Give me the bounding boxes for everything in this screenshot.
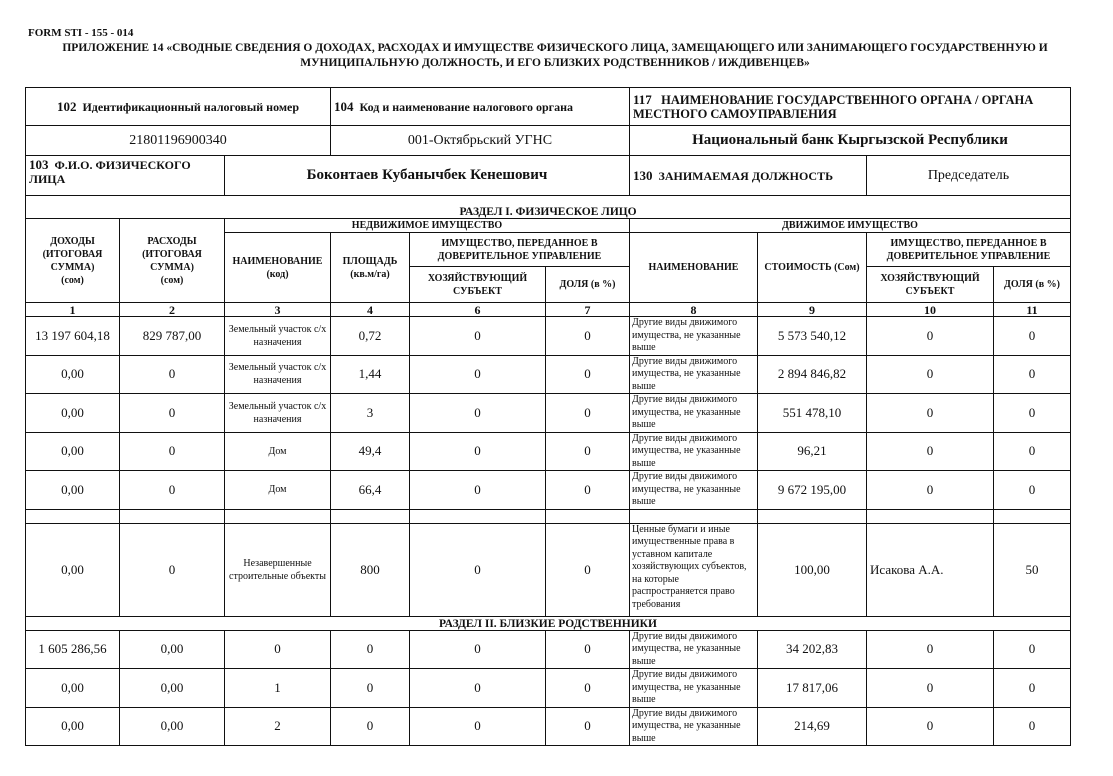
cell-income: 0,00 (26, 432, 120, 471)
cell-mv-name: Другие виды движимого имущества, не указ… (630, 394, 758, 433)
cell-re-name: Земельный участок с/х назначения (225, 394, 331, 433)
col-re-area-header: ПЛОЩАДЬ(кв.м/га) (331, 233, 410, 303)
cell-re-entity: 0 (410, 669, 546, 708)
cell-re-entity: 0 (410, 355, 546, 394)
cell-re-entity (410, 509, 546, 523)
cell-re-name: 1 (225, 669, 331, 708)
table-row: 0,000,001000Другие виды движимого имущес… (26, 669, 1071, 708)
cell-mv-name: Другие виды движимого имущества, не указ… (630, 471, 758, 510)
column-number-row: 123467891011 (26, 303, 1071, 317)
cell-mv-name: Ценные бумаги и иные имущественные права… (630, 523, 758, 616)
cell-re-name: 0 (225, 630, 331, 669)
cell-mv-cost: 34 202,83 (758, 630, 867, 669)
real-estate-group-header: НЕДВИЖИМОЕ ИМУЩЕСТВО (225, 219, 630, 233)
cell-mv-entity: 0 (867, 630, 994, 669)
field-102-value: 21801196900340 (26, 126, 331, 156)
field-130-label: 130 ЗАНИМАЕМАЯ ДОЛЖНОСТЬ (630, 156, 867, 196)
section-2-header-row: РАЗДЕЛ II. БЛИЗКИЕ РОДСТВЕННИКИ (26, 616, 1071, 630)
column-group-row: ДОХОДЫ (ИТОГОВАЯ СУММА)(сом) РАСХОДЫ (ИТ… (26, 219, 1071, 233)
cell-mv-entity: 0 (867, 432, 994, 471)
cell-mv-name: Другие виды движимого имущества, не указ… (630, 317, 758, 356)
cell-expenses: 0,00 (120, 707, 225, 746)
cell-mv-entity: 0 (867, 471, 994, 510)
cell-income: 0,00 (26, 471, 120, 510)
cell-mv-share: 50 (994, 523, 1071, 616)
declaration-table: 102 Идентификационный налоговый номер 10… (25, 87, 1071, 746)
document-title: ПРИЛОЖЕНИЕ 14 «СВОДНЫЕ СВЕДЕНИЯ О ДОХОДА… (30, 41, 1080, 71)
cell-expenses: 0,00 (120, 669, 225, 708)
title-line-1: ПРИЛОЖЕНИЕ 14 «СВОДНЫЕ СВЕДЕНИЯ О ДОХОДА… (30, 41, 1080, 56)
cell-area: 1,44 (331, 355, 410, 394)
section-1-header-row: РАЗДЕЛ I. ФИЗИЧЕСКОЕ ЛИЦО (26, 196, 1071, 219)
cell-mv-entity: 0 (867, 707, 994, 746)
cell-re-name: Дом (225, 432, 331, 471)
cell-income: 0,00 (26, 394, 120, 433)
cell-mv-entity: 0 (867, 394, 994, 433)
cell-mv-cost: 2 894 846,82 (758, 355, 867, 394)
cell-income: 0,00 (26, 523, 120, 616)
cell-expenses: 0 (120, 471, 225, 510)
cell-expenses: 0 (120, 432, 225, 471)
cell-area (331, 509, 410, 523)
table-row (26, 509, 1071, 523)
cell-mv-share: 0 (994, 355, 1071, 394)
cell-mv-share: 0 (994, 471, 1071, 510)
section-2-rows: 1 605 286,560,000000Другие виды движимог… (26, 630, 1071, 746)
cell-income (26, 509, 120, 523)
col-income-header: ДОХОДЫ (ИТОГОВАЯ СУММА)(сом) (26, 219, 120, 303)
col-expenses-header: РАСХОДЫ (ИТОГОВАЯ СУММА)(сом) (120, 219, 225, 303)
cell-re-entity: 0 (410, 707, 546, 746)
field-102-label: 102 Идентификационный налоговый номер (26, 88, 331, 126)
cell-re-name: 2 (225, 707, 331, 746)
cell-re-name: Земельный участок с/х назначения (225, 317, 331, 356)
table-row: 0,000,002000Другие виды движимого имущес… (26, 707, 1071, 746)
table-row: 0,000Земельный участок с/х назначения1,4… (26, 355, 1071, 394)
cell-income: 0,00 (26, 707, 120, 746)
cell-expenses: 0 (120, 523, 225, 616)
cell-re-share: 0 (546, 523, 630, 616)
column-number: 1 (26, 303, 120, 317)
cell-mv-name: Другие виды движимого имущества, не указ… (630, 432, 758, 471)
col-mv-cost-header: СТОИМОСТЬ (Сом) (758, 233, 867, 303)
cell-income: 1 605 286,56 (26, 630, 120, 669)
cell-expenses (120, 509, 225, 523)
table-row: 13 197 604,18829 787,00Земельный участок… (26, 317, 1071, 356)
cell-mv-name: Другие виды движимого имущества, не указ… (630, 669, 758, 708)
field-103-label: 103 Ф.И.О. ФИЗИЧЕСКОГО ЛИЦА (26, 156, 225, 196)
cell-area: 0 (331, 707, 410, 746)
cell-expenses: 0 (120, 394, 225, 433)
cell-expenses: 0 (120, 355, 225, 394)
col-mv-entity-header: ХОЗЯЙСТВУЮЩИЙ СУБЪЕКТ (867, 267, 994, 303)
table-row: 0,000Дом66,400Другие виды движимого имущ… (26, 471, 1071, 510)
section-1-rows: 13 197 604,18829 787,00Земельный участок… (26, 317, 1071, 617)
cell-re-entity: 0 (410, 394, 546, 433)
cell-expenses: 829 787,00 (120, 317, 225, 356)
cell-area: 3 (331, 394, 410, 433)
cell-mv-name (630, 509, 758, 523)
cell-mv-share: 0 (994, 317, 1071, 356)
title-line-2: МУНИЦИПАЛЬНУЮ ДОЛЖНОСТЬ, И ЕГО БЛИЗКИХ Р… (30, 56, 1080, 71)
cell-re-share: 0 (546, 355, 630, 394)
column-number: 4 (331, 303, 410, 317)
cell-mv-cost: 551 478,10 (758, 394, 867, 433)
movable-group-header: ДВИЖИМОЕ ИМУЩЕСТВО (630, 219, 1071, 233)
col-mv-share-header: ДОЛЯ (в %) (994, 267, 1071, 303)
cell-re-share: 0 (546, 669, 630, 708)
cell-area: 800 (331, 523, 410, 616)
cell-area: 0,72 (331, 317, 410, 356)
column-number: 9 (758, 303, 867, 317)
column-number: 7 (546, 303, 630, 317)
section-1-title: РАЗДЕЛ I. ФИЗИЧЕСКОЕ ЛИЦО (26, 196, 1071, 219)
cell-re-share: 0 (546, 630, 630, 669)
field-117-value: Национальный банк Кыргызской Республики (630, 126, 1071, 156)
cell-re-name: Дом (225, 471, 331, 510)
cell-mv-share: 0 (994, 432, 1071, 471)
cell-mv-share (994, 509, 1071, 523)
field-117-label: 117 НАИМЕНОВАНИЕ ГОСУДАРСТВЕННОГО ОРГАНА… (630, 88, 1071, 126)
col-re-entity-header: ХОЗЯЙСТВУЮЩИЙ СУБЪЕКТ (410, 267, 546, 303)
cell-mv-name: Другие виды движимого имущества, не указ… (630, 630, 758, 669)
cell-re-share: 0 (546, 432, 630, 471)
cell-mv-name: Другие виды движимого имущества, не указ… (630, 707, 758, 746)
cell-income: 13 197 604,18 (26, 317, 120, 356)
column-number: 11 (994, 303, 1071, 317)
cell-mv-cost: 214,69 (758, 707, 867, 746)
column-number: 6 (410, 303, 546, 317)
cell-mv-share: 0 (994, 630, 1071, 669)
cell-re-entity: 0 (410, 630, 546, 669)
cell-area: 66,4 (331, 471, 410, 510)
cell-re-share: 0 (546, 707, 630, 746)
cell-re-share: 0 (546, 317, 630, 356)
cell-mv-share: 0 (994, 394, 1071, 433)
cell-mv-cost: 9 672 195,00 (758, 471, 867, 510)
cell-re-share: 0 (546, 394, 630, 433)
header-row-person: 103 Ф.И.О. ФИЗИЧЕСКОГО ЛИЦА Боконтаев Ку… (26, 156, 1071, 196)
col-mv-name-header: НАИМЕНОВАНИЕ (630, 233, 758, 303)
cell-re-name: Земельный участок с/х назначения (225, 355, 331, 394)
cell-re-entity: 0 (410, 432, 546, 471)
mv-trust-group-header: ИМУЩЕСТВО, ПЕРЕДАННОЕ В ДОВЕРИТЕЛЬНОЕ УП… (867, 233, 1071, 267)
cell-mv-cost: 96,21 (758, 432, 867, 471)
cell-mv-share: 0 (994, 669, 1071, 708)
cell-re-entity: 0 (410, 471, 546, 510)
field-103-value: Боконтаев Кубанычбек Кенешович (225, 156, 630, 196)
cell-mv-entity (867, 509, 994, 523)
header-row-labels: 102 Идентификационный налоговый номер 10… (26, 88, 1071, 126)
cell-re-share (546, 509, 630, 523)
cell-area: 0 (331, 669, 410, 708)
cell-re-name: Незавершенные строительные объекты (225, 523, 331, 616)
cell-mv-entity: 0 (867, 317, 994, 356)
table-row: 0,000Незавершенные строительные объекты8… (26, 523, 1071, 616)
table-row: 1 605 286,560,000000Другие виды движимог… (26, 630, 1071, 669)
cell-mv-cost: 17 817,06 (758, 669, 867, 708)
column-number: 10 (867, 303, 994, 317)
column-number: 2 (120, 303, 225, 317)
cell-re-share: 0 (546, 471, 630, 510)
cell-income: 0,00 (26, 355, 120, 394)
cell-income: 0,00 (26, 669, 120, 708)
header-row-values: 21801196900340 001-Октябрьский УГНС Наци… (26, 126, 1071, 156)
field-130-value: Председатель (867, 156, 1071, 196)
cell-mv-name: Другие виды движимого имущества, не указ… (630, 355, 758, 394)
field-104-label: 104 Код и наименование налогового органа (331, 88, 630, 126)
cell-expenses: 0,00 (120, 630, 225, 669)
table-row: 0,000Земельный участок с/х назначения300… (26, 394, 1071, 433)
cell-mv-cost: 100,00 (758, 523, 867, 616)
cell-area: 49,4 (331, 432, 410, 471)
cell-mv-entity: Исакова А.А. (867, 523, 994, 616)
section-2-title: РАЗДЕЛ II. БЛИЗКИЕ РОДСТВЕННИКИ (26, 616, 1071, 630)
field-104-value: 001-Октябрьский УГНС (331, 126, 630, 156)
col-re-name-header: НАИМЕНОВАНИЕ(код) (225, 233, 331, 303)
cell-area: 0 (331, 630, 410, 669)
cell-mv-entity: 0 (867, 355, 994, 394)
cell-re-name (225, 509, 331, 523)
cell-re-entity: 0 (410, 523, 546, 616)
col-re-share-header: ДОЛЯ (в %) (546, 267, 630, 303)
cell-mv-share: 0 (994, 707, 1071, 746)
cell-mv-cost: 5 573 540,12 (758, 317, 867, 356)
table-row: 0,000Дом49,400Другие виды движимого имущ… (26, 432, 1071, 471)
cell-mv-entity: 0 (867, 669, 994, 708)
column-number: 3 (225, 303, 331, 317)
column-number: 8 (630, 303, 758, 317)
cell-re-entity: 0 (410, 317, 546, 356)
form-code: FORM STI - 155 - 014 (28, 27, 133, 39)
re-trust-group-header: ИМУЩЕСТВО, ПЕРЕДАННОЕ В ДОВЕРИТЕЛЬНОЕ УП… (410, 233, 630, 267)
cell-mv-cost (758, 509, 867, 523)
